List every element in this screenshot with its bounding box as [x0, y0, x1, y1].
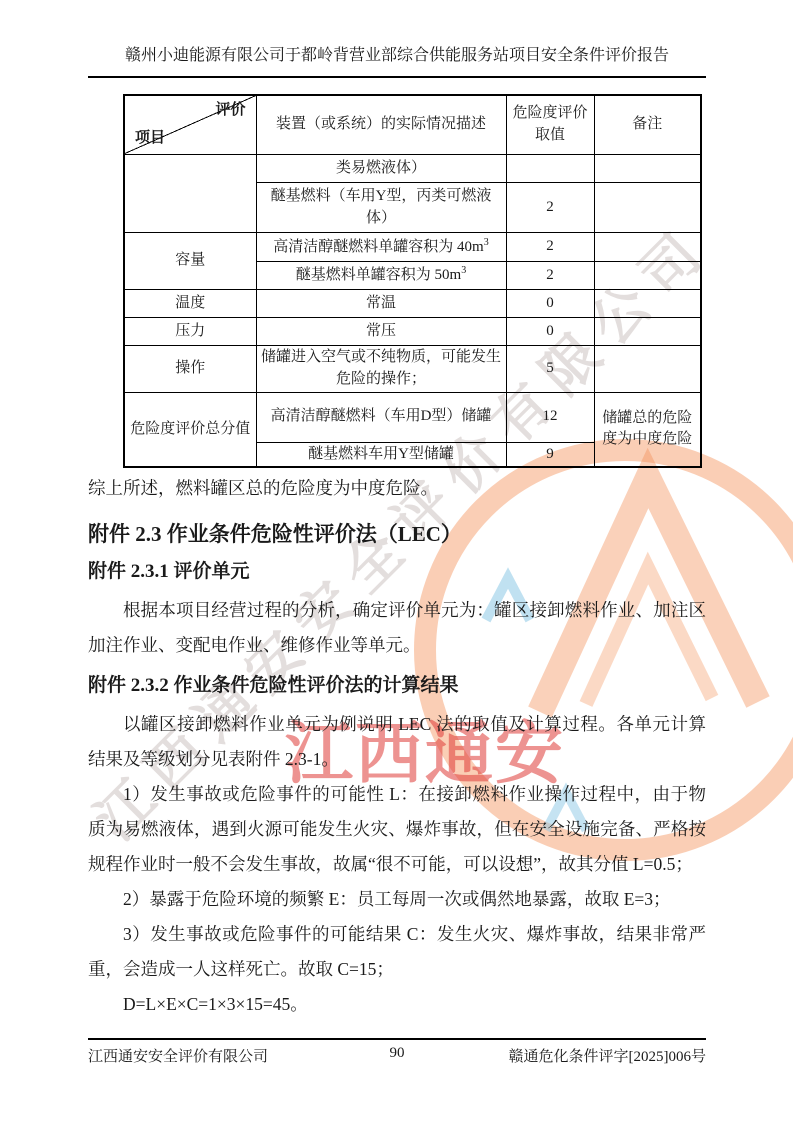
superscript: 3 — [484, 237, 489, 248]
risk-evaluation-table: 评价 项目 装置（或系统）的实际情况描述 危险度评价取值 备注 类易燃液体） 醚… — [123, 94, 702, 468]
desc-cell: 常温 — [256, 290, 506, 318]
table-corner-cell: 评价 项目 — [124, 95, 256, 155]
corner-label-bottom: 项目 — [135, 128, 165, 150]
note-cell: 储罐总的危险度为中度危险 — [594, 392, 701, 467]
heading-attachment-2-3-2: 附件 2.3.2 作业条件危险性评价法的计算结果 — [88, 672, 706, 700]
heading-attachment-2-3-1: 附件 2.3.1 评价单元 — [88, 558, 706, 586]
value-cell: 9 — [506, 442, 594, 467]
desc-cell: 醚基燃料单罐容积为 50m3 — [256, 262, 506, 290]
note-cell — [594, 290, 701, 318]
col-header-description: 装置（或系统）的实际情况描述 — [256, 95, 506, 155]
desc-cell: 类易燃液体） — [256, 155, 506, 183]
item-cell: 容量 — [124, 233, 256, 290]
item-cell-empty — [124, 155, 256, 233]
footer-document-number: 赣通危化条件评字[2025]006号 — [405, 1045, 707, 1066]
desc-cell: 醚基燃料车用Y型储罐 — [256, 442, 506, 467]
note-cell — [594, 233, 701, 262]
desc-cell: 常压 — [256, 318, 506, 346]
item-cell: 温度 — [124, 290, 256, 318]
note-cell — [594, 262, 701, 290]
paragraph-factor-l: 1）发生事故或危险事件的可能性 L：在接卸燃料作业操作过程中，由于物质为易燃液体… — [88, 777, 706, 882]
desc-cell: 储罐进入空气或不纯物质，可能发生危险的操作； — [256, 346, 506, 393]
desc-text: 高清洁醇醚燃料单罐容积为 40m — [273, 239, 483, 255]
footer-company: 江西通安安全评价有限公司 — [88, 1045, 390, 1066]
value-cell: 0 — [506, 290, 594, 318]
corner-label-top: 评价 — [215, 100, 245, 122]
footer-page-number: 90 — [390, 1045, 405, 1066]
conclusion-paragraph: 综上所述，燃料罐区总的危险度为中度危险。 — [88, 471, 706, 506]
superscript: 3 — [461, 265, 466, 276]
table-row: 温度 常温 0 — [124, 290, 701, 318]
desc-cell: 醚基燃料（车用Y型，丙类可燃液体） — [256, 183, 506, 233]
table-row: 压力 常压 0 — [124, 318, 701, 346]
value-cell: 12 — [506, 392, 594, 442]
desc-cell: 高清洁醇醚燃料（车用D型）储罐 — [256, 392, 506, 442]
note-cell — [594, 183, 701, 233]
value-cell: 2 — [506, 183, 594, 233]
table-header-row: 评价 项目 装置（或系统）的实际情况描述 危险度评价取值 备注 — [124, 95, 701, 155]
table-row: 危险度评价总分值 高清洁醇醚燃料（车用D型）储罐 12 储罐总的危险度为中度危险 — [124, 392, 701, 442]
value-cell: 5 — [506, 346, 594, 393]
value-cell: 2 — [506, 262, 594, 290]
value-cell: 0 — [506, 318, 594, 346]
note-cell — [594, 155, 701, 183]
desc-cell: 高清洁醇醚燃料单罐容积为 40m3 — [256, 233, 506, 262]
document-footer: 江西通安安全评价有限公司 90 赣通危化条件评字[2025]006号 — [88, 1038, 706, 1066]
item-cell: 压力 — [124, 318, 256, 346]
table-row: 类易燃液体） — [124, 155, 701, 183]
value-cell: 2 — [506, 233, 594, 262]
heading-attachment-2-3: 附件 2.3 作业条件危险性评价法（LEC） — [88, 519, 706, 549]
note-cell — [594, 346, 701, 393]
paragraph-factor-c: 3）发生事故或危险事件的可能结果 C：发生火灾、爆炸事故，结果非常严重，会造成一… — [88, 917, 706, 987]
paragraph-factor-e: 2）暴露于危险环境的频繁 E：员工每周一次或偶然地暴露，故取 E=3； — [88, 882, 706, 917]
paragraph-evaluation-units: 根据本项目经营过程的分析，确定评价单元为：罐区接卸燃料作业、加注区加注作业、变配… — [88, 593, 706, 663]
note-cell — [594, 318, 701, 346]
desc-text: 醚基燃料单罐容积为 50m — [296, 267, 461, 283]
document-header-title: 赣州小迪能源有限公司于都岭背营业部综合供能服务站项目安全条件评价报告 — [88, 46, 706, 78]
paragraph-lec-intro: 以罐区接卸燃料作业单元为例说明 LEC 法的取值及计算过程。各单元计算结果及等级… — [88, 707, 706, 777]
item-cell: 危险度评价总分值 — [124, 392, 256, 467]
page-content: 赣州小迪能源有限公司于都岭背营业部综合供能服务站项目安全条件评价报告 评价 项目… — [0, 0, 793, 1022]
item-cell: 操作 — [124, 346, 256, 393]
col-header-value: 危险度评价取值 — [506, 95, 594, 155]
table-row: 容量 高清洁醇醚燃料单罐容积为 40m3 2 — [124, 233, 701, 262]
value-cell — [506, 155, 594, 183]
paragraph-formula-d: D=L×E×C=1×3×15=45。 — [88, 987, 706, 1022]
document-page: 江西通安安全评价有限公司 江西通安 赣州小迪能源有限公司于都岭背营业部综合供能服… — [0, 0, 793, 1122]
col-header-note: 备注 — [594, 95, 701, 155]
table-row: 操作 储罐进入空气或不纯物质，可能发生危险的操作； 5 — [124, 346, 701, 393]
body-text: 综上所述，燃料罐区总的危险度为中度危险。 附件 2.3 作业条件危险性评价法（L… — [88, 471, 706, 1022]
